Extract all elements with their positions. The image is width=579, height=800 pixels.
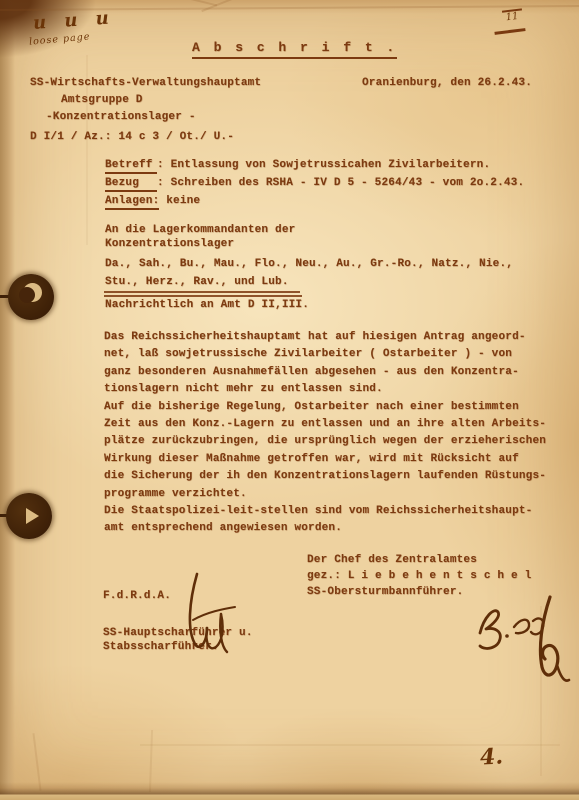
body-line: net, laß sowjetrussische Zivilarbeiter (…	[104, 346, 554, 363]
paper-left-edge	[0, 0, 15, 800]
ink-dot	[505, 634, 509, 638]
camps-abbrev-line-1: Da., Sah., Bu., Mau., Flo., Neu., Au., G…	[105, 258, 513, 270]
body-line: Auf die bisherige Regelung, Ostarbeiter …	[104, 399, 554, 416]
letterhead-group: Amtsgruppe D	[61, 94, 143, 106]
place-and-date: Oranienburg, den 26.2.43.	[362, 77, 532, 89]
body-line: Die Staatspolizei-leit-stellen sind vom …	[104, 503, 554, 520]
punch-hole-shadow	[19, 287, 35, 303]
camps-abbrev-line-2: Stu., Herz., Rav., und Lub.	[105, 276, 289, 288]
betreff-colon: :	[157, 159, 164, 171]
letterhead-section: -Konzentrationslager -	[46, 111, 196, 123]
handwritten-signature	[183, 568, 243, 668]
betreff-label: Betreff	[105, 159, 157, 174]
body-line: ganz besonderen Ausnahmefällen abgesehen…	[104, 364, 554, 381]
body-line: plätze zurückzubringen, die ursprünglich…	[104, 433, 554, 450]
body-line: Wirkung dieser Maßnahme getroffen war, w…	[104, 451, 554, 468]
bezug-label: Bezug	[105, 177, 157, 192]
body-line: amt entsprechend angewiesen worden.	[104, 520, 554, 537]
letterhead-organization: SS-Wirtschafts-Verwaltungshauptamt	[30, 77, 261, 89]
body-line: Das Reichssicherheitshauptamt hat auf hi…	[104, 329, 554, 346]
cc-note: Nachrichtlich an Amt D II,III.	[105, 299, 309, 311]
body-line: tionslagern nicht mehr zu entlassen sind…	[104, 381, 554, 398]
bezug-text: Schreiben des RSHA - IV D 5 - 5264/43 - …	[164, 177, 524, 189]
body-line: programme verzichtet.	[104, 486, 554, 503]
body-line: die Sicherung der ih den Konzentrationsl…	[104, 468, 554, 485]
camps-underline-2	[104, 295, 302, 297]
punch-hole-bottom	[6, 493, 52, 539]
body-line: Zeit aus den Konz.-Lagern zu entlassen u…	[104, 416, 554, 433]
handwritten-date-initials	[450, 595, 570, 690]
anlagen-label: Anlagen:	[105, 195, 159, 210]
certification-mark: F.d.R.d.A.	[103, 590, 171, 602]
recipient-line-2: Konzentrationslager	[105, 238, 234, 250]
paper-bottom-edge	[0, 782, 579, 800]
camps-underline-1	[104, 291, 300, 293]
signer-name: gez.: L i e b e h e n t s c h e l	[307, 570, 531, 582]
betreff-row: Betreff: Entlassung von Sowjetrussicahen…	[105, 159, 490, 174]
signer-rank: SS-Obersturmbannführer.	[307, 586, 463, 598]
bezug-row: Bezug: Schreiben des RSHA - IV D 5 - 526…	[105, 177, 524, 192]
bezug-colon: :	[157, 177, 164, 189]
betreff-text: Entlassung von Sowjetrussicahen Zivilarb…	[164, 159, 490, 171]
signer-title: Der Chef des Zentralamtes	[307, 554, 477, 566]
file-reference: D I/1 / Az.: 14 c 3 / Ot./ U.-	[30, 131, 234, 143]
recipient-line-1: An die Lagerkommandanten der	[105, 224, 295, 236]
anlagen-text: keine	[159, 195, 200, 207]
folio-number-text: 11	[505, 11, 519, 23]
handwritten-page-number: 4.	[479, 743, 503, 770]
body-text: Das Reichssicherheitshauptamt hat auf hi…	[104, 329, 554, 538]
punch-hole-highlight	[26, 508, 39, 524]
punch-hole-top	[8, 274, 54, 320]
document-scan: u u u loose page 11 4. A b s c h r i f t…	[0, 0, 579, 800]
anlagen-row: Anlagen: keine	[105, 195, 200, 210]
document-title: A b s c h r i f t .	[192, 40, 397, 59]
